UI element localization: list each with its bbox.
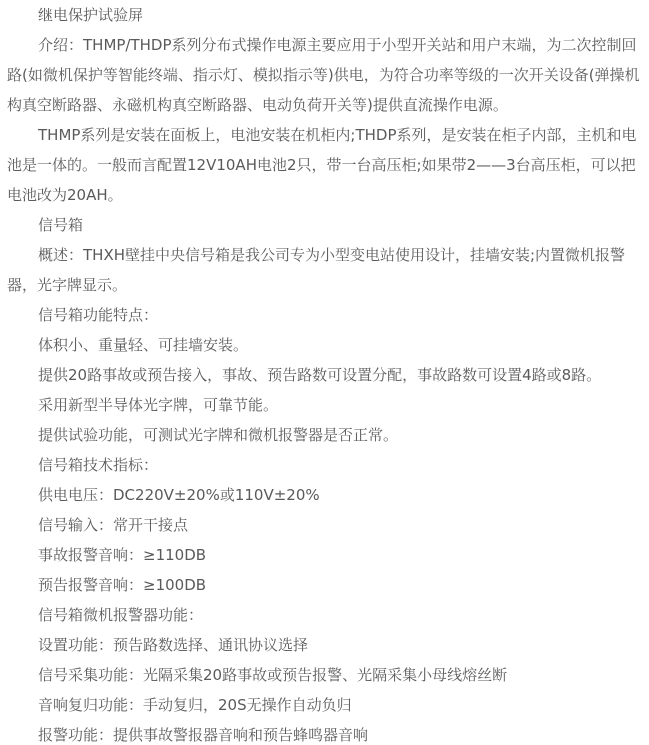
paragraph-overview: 概述：THXH壁挂中央信号箱是我公司专为小型变电站使用设计，挂墙安装;内置微机报… xyxy=(7,240,645,300)
feature-item: 体积小、重量轻、可挂墙安装。 xyxy=(7,330,645,360)
feature-item: 提供试验功能，可测试光字牌和微机报警器是否正常。 xyxy=(7,420,645,450)
heading-alarm-functions: 信号箱微机报警器功能： xyxy=(7,600,645,630)
feature-item: 采用新型半导体光字牌，可靠节能。 xyxy=(7,390,645,420)
heading-specs: 信号箱技术指标： xyxy=(7,450,645,480)
spec-item: 事故报警音响：≥110DB xyxy=(7,540,645,570)
paragraph-thmp-thdp: THMP系列是安装在面板上，电池安装在机柜内;THDP系列，是安装在柜子内部，主… xyxy=(7,120,645,210)
function-item: 音响复归功能：手动复归，20S无操作自动负归 xyxy=(7,690,645,720)
paragraph-introduction: 介绍：THMP/THDP系列分布式操作电源主要应用于小型开关站和用户末端，为二次… xyxy=(7,30,645,120)
spec-item: 预告报警音响：≥100DB xyxy=(7,570,645,600)
document-body: 继电保护试验屏 介绍：THMP/THDP系列分布式操作电源主要应用于小型开关站和… xyxy=(0,0,649,745)
spec-item: 供电电压：DC220V±20%或110V±20% xyxy=(7,480,645,510)
function-item: 信号采集功能：光隔采集20路事故或预告报警、光隔采集小母线熔丝断 xyxy=(7,660,645,690)
heading-features: 信号箱功能特点： xyxy=(7,300,645,330)
function-item: 报警功能：提供事故警报器音响和预告蜂鸣器音响 xyxy=(7,720,645,745)
spec-item: 信号输入：常开干接点 xyxy=(7,510,645,540)
heading-signal-box: 信号箱 xyxy=(7,210,645,240)
feature-item: 提供20路事故或预告接入，事故、预告路数可设置分配，事故路数可设置4路或8路。 xyxy=(7,360,645,390)
function-item: 设置功能：预告路数选择、通讯协议选择 xyxy=(7,630,645,660)
heading-relay-test-panel: 继电保护试验屏 xyxy=(7,0,645,30)
